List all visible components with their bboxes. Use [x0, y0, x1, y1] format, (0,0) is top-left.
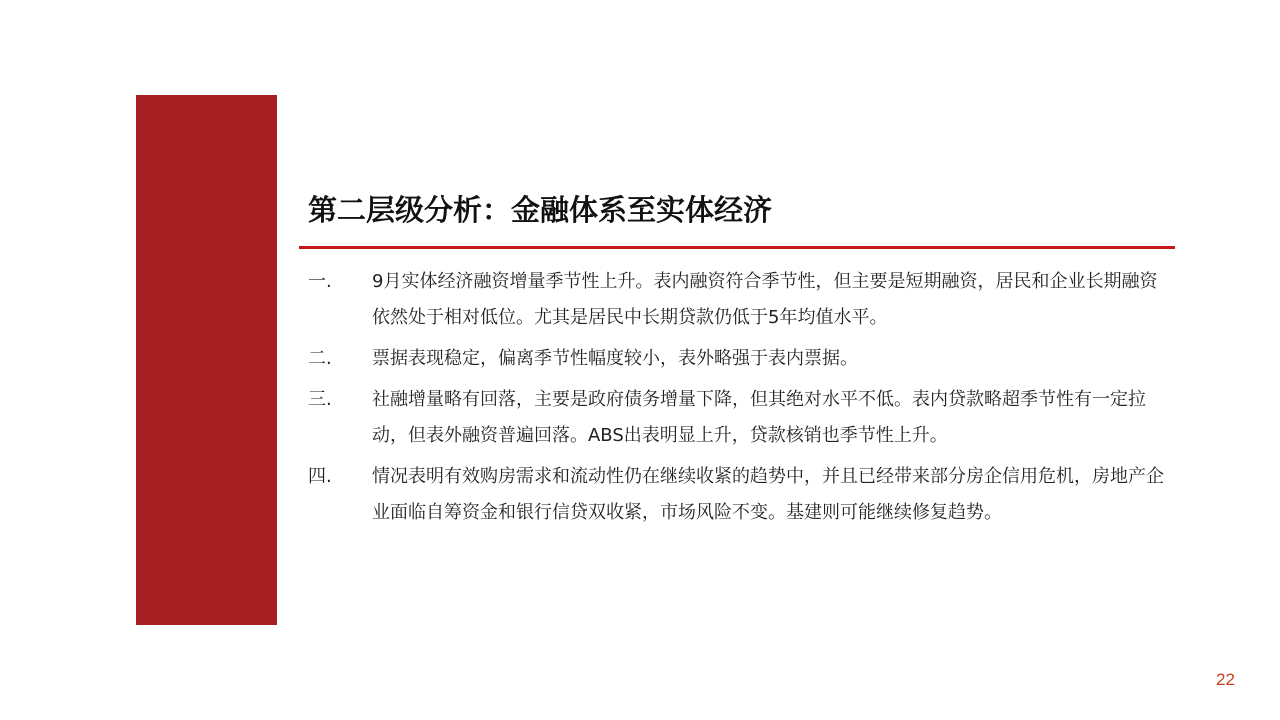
- list-item-number: 二.: [308, 341, 372, 377]
- analysis-list: 一. 9月实体经济融资增量季节性上升。表内融资符合季节性，但主要是短期融资，居民…: [308, 264, 1168, 531]
- list-item: 二. 票据表现稳定，偏离季节性幅度较小，表外略强于表内票据。: [308, 341, 1168, 377]
- list-item-number: 三.: [308, 382, 372, 454]
- list-item: 三. 社融增量略有回落，主要是政府债务增量下降，但其绝对水平不低。表内贷款略超季…: [308, 382, 1168, 454]
- list-item-text: 社融增量略有回落，主要是政府债务增量下降，但其绝对水平不低。表内贷款略超季节性有…: [372, 382, 1168, 454]
- title-underline: [299, 246, 1175, 249]
- list-item-text: 9月实体经济融资增量季节性上升。表内融资符合季节性，但主要是短期融资，居民和企业…: [372, 264, 1168, 336]
- slide-title: 第二层级分析：金融体系至实体经济: [308, 188, 772, 229]
- list-item-number: 一.: [308, 264, 372, 336]
- page-number: 22: [1216, 670, 1235, 690]
- slide: 第二层级分析：金融体系至实体经济 一. 9月实体经济融资增量季节性上升。表内融资…: [0, 0, 1280, 720]
- list-item: 一. 9月实体经济融资增量季节性上升。表内融资符合季节性，但主要是短期融资，居民…: [308, 264, 1168, 336]
- list-item: 四. 情况表明有效购房需求和流动性仍在继续收紧的趋势中，并且已经带来部分房企信用…: [308, 459, 1168, 531]
- list-item-text: 票据表现稳定，偏离季节性幅度较小，表外略强于表内票据。: [372, 341, 1168, 377]
- list-item-text: 情况表明有效购房需求和流动性仍在继续收紧的趋势中，并且已经带来部分房企信用危机，…: [372, 459, 1168, 531]
- list-item-number: 四.: [308, 459, 372, 531]
- decorative-red-bar: [136, 95, 277, 625]
